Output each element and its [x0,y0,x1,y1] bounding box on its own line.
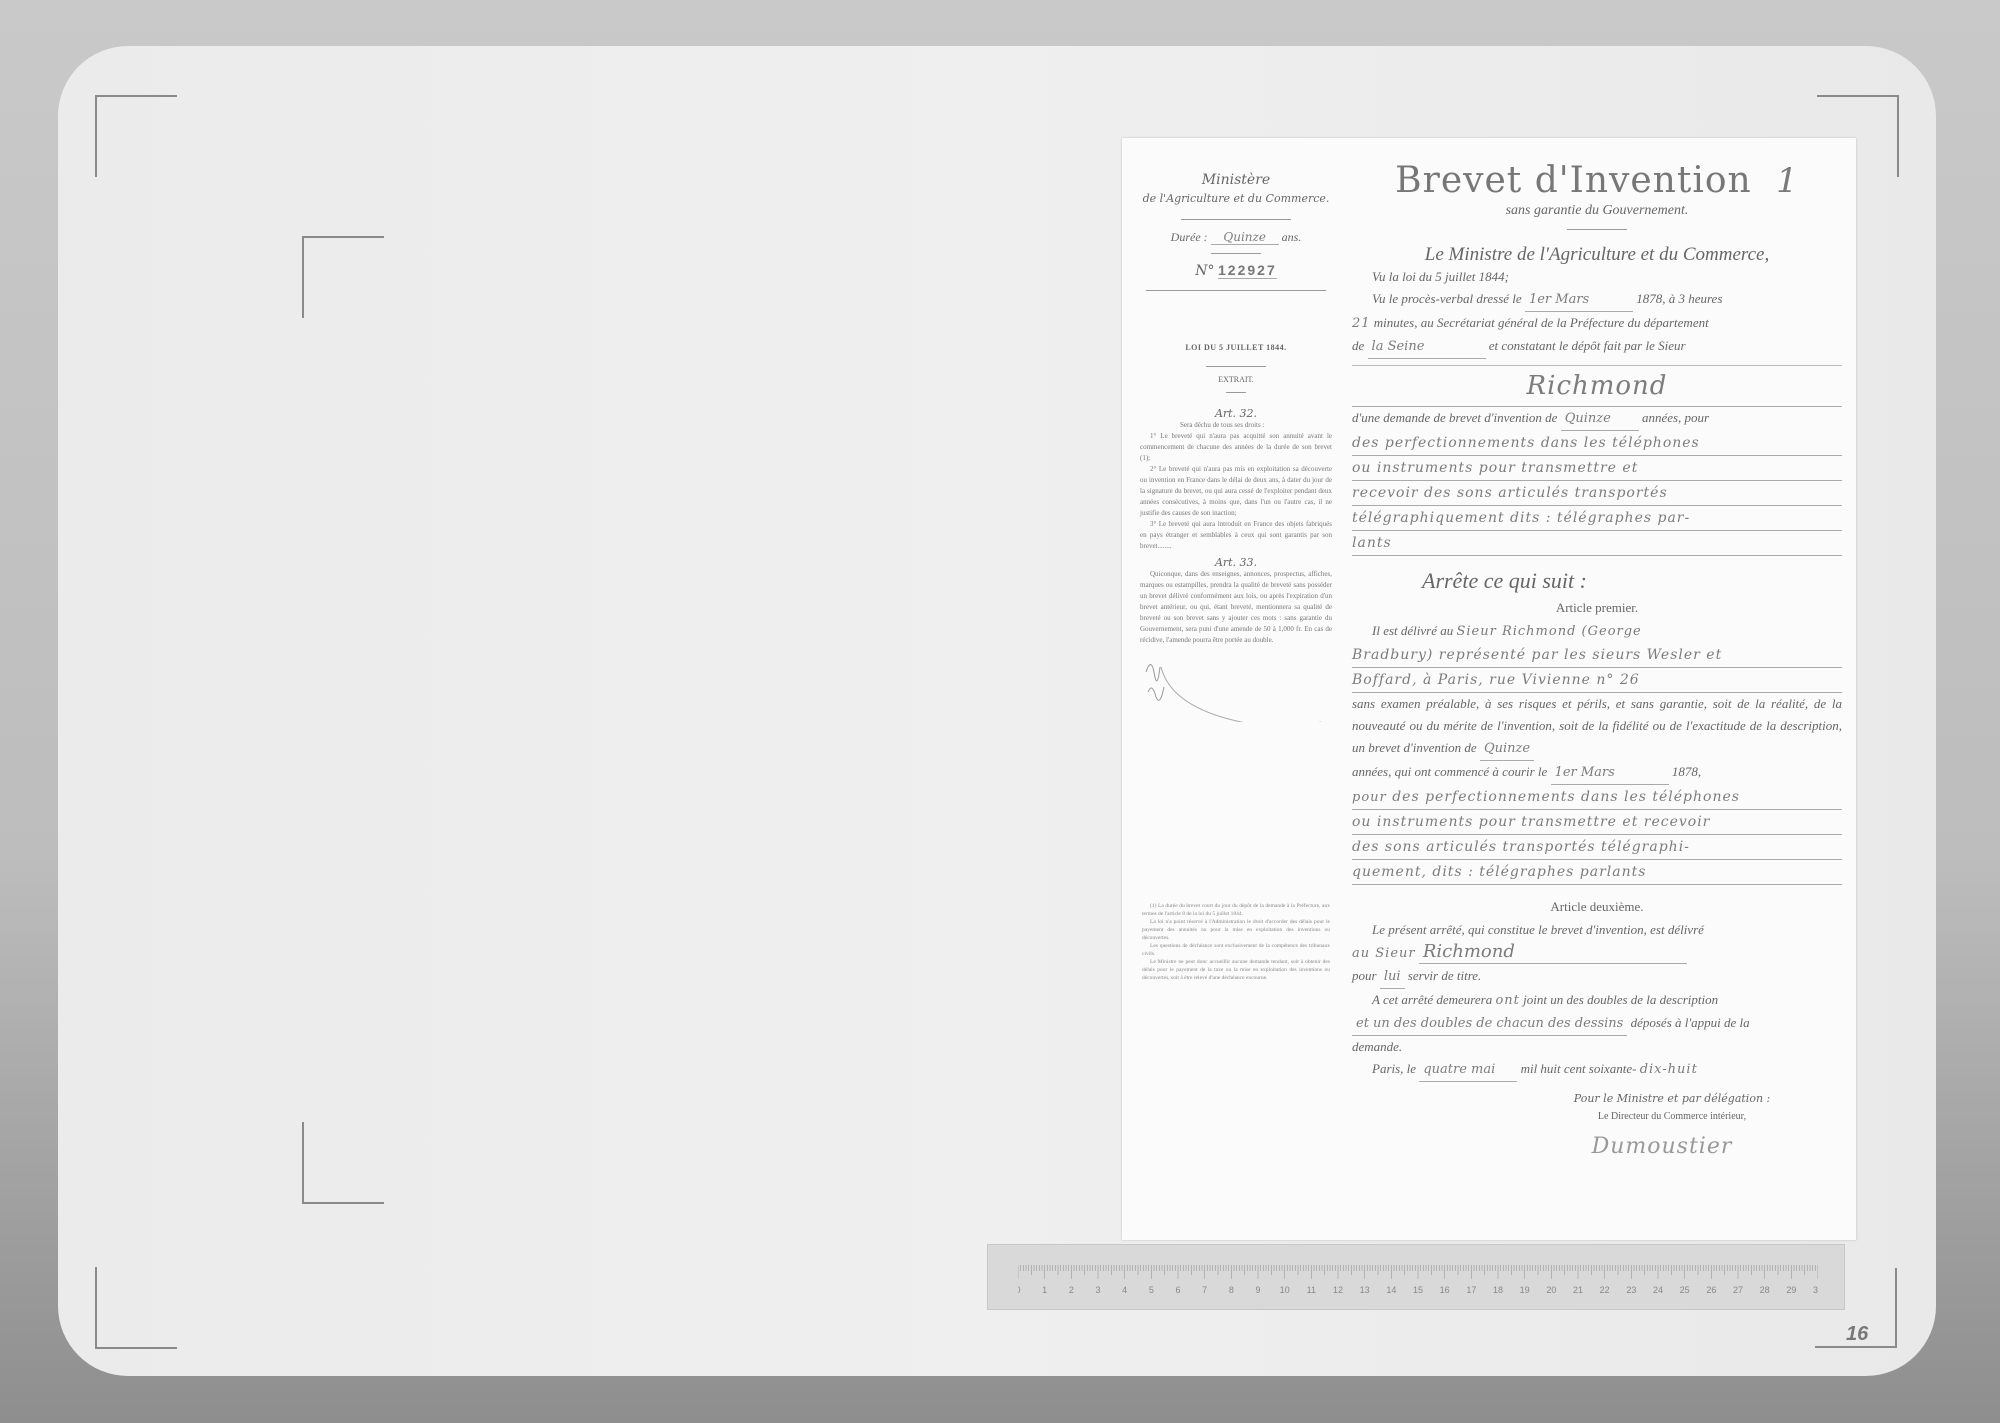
ministry-subtitle: de l'Agriculture et du Commerce. [1136,192,1336,205]
article1-grantee: Sieur Richmond (George [1456,624,1641,639]
svg-text:3: 3 [1095,1285,1100,1295]
invention-line: recevoir des sons articulés transportés [1352,481,1842,506]
article1-invention-line: pour des perfectionnements dans les télé… [1352,785,1842,810]
article1-start-text: années, qui ont commencé à courir le [1352,764,1547,779]
art32-para: 2° Le breveté qui n'aura pas mis en expl… [1140,464,1332,519]
article1-invention: pour des perfectionnements dans les télé… [1352,785,1842,885]
article1-text: sans examen préalable, à ses risques et … [1352,696,1842,755]
initials-signature [1136,652,1336,722]
article1-body: sans examen préalable, à ses risques et … [1352,693,1842,761]
svg-text:28: 28 [1760,1285,1770,1295]
svg-text:9: 9 [1255,1285,1260,1295]
art32-title: Art. 32. [1136,407,1336,420]
title-text: Brevet d'Invention [1395,160,1752,201]
article1-prefix: Il est délivré au [1372,623,1453,638]
svg-text:17: 17 [1466,1285,1476,1295]
article2-text: Le présent arrêté, qui constitue le brev… [1352,919,1842,941]
invention-line: des perfectionnements dans les téléphone… [1352,431,1842,456]
invention-line: ou instruments pour transmettre et [1352,456,1842,481]
crop-mark-inner-bottom-left [302,1122,384,1204]
document-subtitle: sans garantie du Gouvernement. [1352,203,1842,219]
svg-text:24: 24 [1653,1285,1663,1295]
svg-text:19: 19 [1520,1285,1530,1295]
article2-pour: pour [1352,968,1377,983]
joint-line: A cet arrêté demeurera ont joint un des … [1352,989,1842,1012]
footnote: La loi n'a point réservé à l'Administrat… [1142,918,1330,942]
dept-value: la Seine [1368,336,1486,359]
article1-date: 1er Mars [1551,762,1669,785]
svg-text:2: 2 [1069,1285,1074,1295]
art32-para: 1° Le breveté qui n'aura pas acquitté so… [1140,431,1332,464]
invention-line: télégraphiquement dits : télégraphes par… [1352,506,1842,531]
ministry-title: Ministère [1136,172,1336,188]
invention-text: des perfectionnements dans les téléphone… [1392,789,1740,805]
extrait-heading: EXTRAIT. [1136,375,1336,384]
art32-para: 3° Le breveté qui aura introduit en Fran… [1140,519,1332,552]
demande-line: d'une demande de brevet d'invention de Q… [1352,407,1842,431]
svg-text:8: 8 [1229,1285,1234,1295]
footnote: Les questions de déchéance sont exclusiv… [1142,942,1330,958]
duree-line: Durée : Quinze ans. [1136,230,1336,245]
pv-year: 1878, à 3 heures [1636,291,1722,306]
document-title: Brevet d'Invention 1 [1352,160,1842,201]
svg-text:7: 7 [1202,1285,1207,1295]
svg-text:0: 0 [1018,1285,1021,1295]
patent-document: Ministère de l'Agriculture et du Commerc… [1122,138,1856,1240]
vu-loi: Vu la loi du 5 juillet 1844; [1352,266,1842,288]
date-prefix: Paris, le [1372,1061,1416,1076]
article1-line: Boffard, à Paris, rue Vivienne n° 26 [1352,668,1842,693]
crop-mark-top-left [95,95,177,177]
ministre-heading: Le Ministre de l'Agriculture et du Comme… [1352,244,1842,266]
pv-line2-text: minutes, au Secrétariat général de la Pr… [1374,315,1709,330]
crop-mark-inner-top-left [302,236,384,318]
svg-text:14: 14 [1386,1285,1396,1295]
duree-value: Quinze [1211,230,1279,245]
article1-line: Bradbury) représenté par les sieurs Wesl… [1352,643,1842,668]
divider [1567,229,1627,230]
pv-date: 1er Mars [1525,289,1633,312]
demande-prefix: d'une demande de brevet d'invention de [1352,410,1557,425]
article2-grantee-line: au Sieur Richmond [1352,941,1842,965]
divider [1211,253,1261,254]
joint-line2-hw: et un des doubles de chacun des dessins [1352,1013,1627,1036]
article2-titre-line: pour lui servir de titre. [1352,965,1842,989]
svg-text:4: 4 [1122,1285,1127,1295]
article1-invention-line: des sons articulés transportés télégraph… [1352,835,1842,860]
ruler-scale: 0123456789101112131415161718192021222324… [1018,1265,1818,1299]
svg-text:27: 27 [1733,1285,1743,1295]
law-title: LOI DU 5 JUILLET 1844. [1136,343,1336,352]
demande-duration: Quinze [1561,408,1639,431]
dept-prefix: de [1352,338,1364,353]
divider [1181,219,1291,220]
pour-label: pour [1352,790,1387,805]
art32-para: Sera déchu de tous ses droits : [1140,420,1332,431]
art32-text: Sera déchu de tous ses droits : 1° Le br… [1136,420,1336,552]
divider [1226,392,1246,393]
joint-prefix: A cet arrêté demeurera [1372,992,1492,1007]
date-suffix: dix-huit [1640,1062,1698,1077]
svg-text:11: 11 [1307,1285,1316,1295]
article1-duration: Quinze [1480,738,1534,761]
svg-text:23: 23 [1626,1285,1636,1295]
dept-line: de la Seine et constatant le dépôt fait … [1352,335,1842,359]
page-number: 16 [1846,1323,1868,1346]
date-mid: mil huit cent soixante- [1521,1061,1637,1076]
svg-text:30: 30 [1813,1285,1818,1295]
svg-text:16: 16 [1440,1285,1450,1295]
joint-line2-suffix: déposés à l'appui de la [1631,1015,1750,1030]
pv-prefix: Vu le procès-verbal dressé le [1372,291,1522,306]
svg-text:29: 29 [1786,1285,1796,1295]
svg-text:5: 5 [1149,1285,1154,1295]
joint-mid: joint [1523,992,1547,1007]
crop-mark-bottom-left [95,1267,177,1349]
svg-text:26: 26 [1706,1285,1716,1295]
demande-suffix: années, pour [1642,410,1709,425]
invention-line: lants [1352,531,1842,556]
joint-suffix: un des doubles de la description [1550,992,1718,1007]
number-line: N° 122927 [1136,262,1336,280]
svg-text:1: 1 [1042,1285,1047,1295]
patent-number: 122927 [1218,262,1277,279]
svg-text:22: 22 [1600,1285,1610,1295]
divider [1206,366,1266,367]
joint-line-3: demande. [1352,1036,1842,1058]
svg-text:13: 13 [1360,1285,1370,1295]
delegation-line: Pour le Ministre et par délégation : [1352,1092,1842,1105]
svg-text:18: 18 [1493,1285,1503,1295]
article1-first-line: Il est délivré au Sieur Richmond (George [1352,620,1842,643]
footnotes: (1) La durée du brevet court du jour du … [1136,902,1336,982]
footnote: (1) La durée du brevet court du jour du … [1142,902,1330,918]
svg-text:21: 21 [1573,1285,1583,1295]
dept-suffix: et constatant le dépôt fait par le Sieur [1489,338,1686,353]
svg-text:20: 20 [1546,1285,1556,1295]
art33-text: Quiconque, dans des enseignes, annonces,… [1136,569,1336,646]
article1-year: 1878, [1672,764,1701,779]
article1-invention-line: ou instruments pour transmettre et recev… [1352,810,1842,835]
number-label: N° [1195,263,1214,279]
applicant-name: Richmond [1352,365,1842,407]
pv-line-2: 21 minutes, au Secrétariat général de la… [1352,312,1842,335]
footnote: Le Ministre ne peut donc accueillir aucu… [1142,958,1330,982]
svg-text:12: 12 [1333,1285,1343,1295]
joint-line-2: et un des doubles de chacun des dessins … [1352,1012,1842,1036]
pv-line: Vu le procès-verbal dressé le 1er Mars 1… [1352,288,1842,312]
folio-number: 1 [1776,161,1799,201]
invention-title: des perfectionnements dans les téléphone… [1352,431,1842,556]
joint-hw: ont [1495,993,1519,1008]
article1-invention-line: quement, dits : télégraphes parlants [1352,860,1842,885]
date-value: quatre mai [1419,1059,1517,1082]
article2-lui: lui [1380,966,1405,989]
article2-name: Richmond [1419,941,1687,964]
directeur-line: Le Directeur du Commerce intérieur, [1352,1111,1842,1122]
article1-title: Article premier. [1352,600,1842,616]
svg-text:6: 6 [1175,1285,1180,1295]
left-column: Ministère de l'Agriculture et du Commerc… [1136,168,1336,982]
divider [1146,290,1326,291]
article1-start: années, qui ont commencé à courir le 1er… [1352,761,1842,785]
date-line: Paris, le quatre mai mil huit cent soixa… [1352,1058,1842,1082]
art33-title: Art. 33. [1136,556,1336,569]
pv-minutes: 21 [1352,316,1371,331]
duree-suffix: ans. [1282,230,1302,244]
article2-title: Article deuxième. [1352,899,1842,915]
measuring-ruler: 0123456789101112131415161718192021222324… [987,1244,1845,1310]
article2-au: au Sieur [1352,946,1416,961]
svg-text:15: 15 [1413,1285,1423,1295]
svg-text:10: 10 [1280,1285,1290,1295]
right-column: Brevet d'Invention 1 sans garantie du Go… [1352,148,1842,1159]
director-signature: Dumoustier [1352,1134,1842,1159]
arrete-heading: Arrête ce qui suit : [1422,568,1842,594]
svg-text:25: 25 [1680,1285,1690,1295]
duree-label: Durée : [1171,230,1208,244]
article2-suffix: servir de titre. [1408,968,1482,983]
